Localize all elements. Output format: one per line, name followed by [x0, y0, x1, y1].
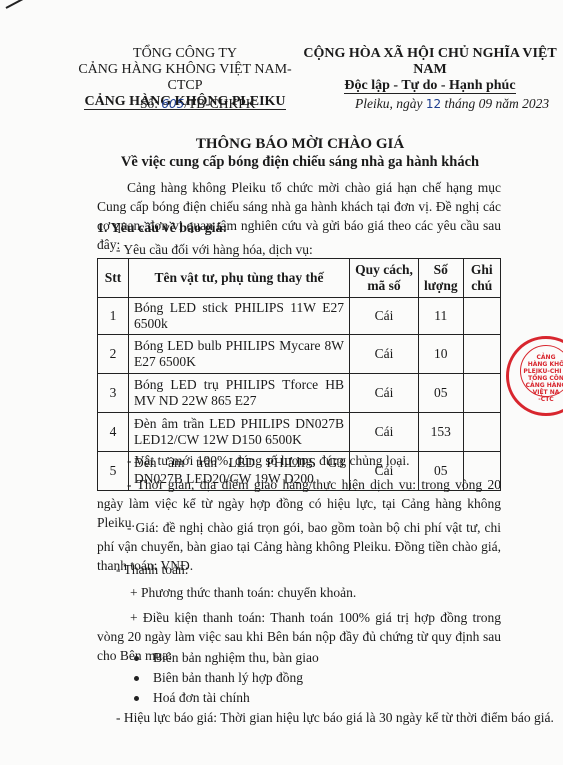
- nation-line-1: CỘNG HÒA XÃ HỘI CHỦ NGHĨA VIỆT NAM: [300, 46, 560, 78]
- requirement-new: - Vật tư mới 100%, đúng số lượng, đúng c…: [97, 451, 501, 470]
- document-title: THÔNG BÁO MỜI CHÀO GIÁ: [60, 136, 540, 153]
- row-note: [463, 374, 500, 413]
- nation-line-2: Độc lập - Tự do - Hạnh phúc: [300, 78, 560, 94]
- document-date: Pleiku, ngày 12 tháng 09 năm 2023: [355, 96, 549, 112]
- row-spec: Cái: [350, 335, 419, 374]
- row-stt: 3: [98, 374, 129, 413]
- payment-label: - Thanh toán:: [116, 562, 188, 578]
- row-spec: Cái: [350, 374, 419, 413]
- row-qty: 10: [419, 335, 464, 374]
- section-1-heading: 1. Yêu cầu về báo giá:: [97, 221, 227, 237]
- org-line-1: TỔNG CÔNG TY: [70, 46, 300, 62]
- handwritten-day: 12: [426, 97, 441, 111]
- row-name: Bóng LED bulb PHILIPS Mycare 8W E27 6500…: [129, 335, 350, 374]
- stamp-text: PLEIKU-CHI N: [521, 368, 563, 375]
- row-name: Đèn âm trần LED PHILIPS DN027B LED12/CW …: [129, 413, 350, 452]
- national-header: CỘNG HÒA XÃ HỘI CHỦ NGHĨA VIỆT NAM Độc l…: [300, 46, 560, 94]
- table-row: 4Đèn âm trần LED PHILIPS DN027B LED12/CW…: [98, 413, 501, 452]
- row-name: Bóng LED stick PHILIPS 11W E27 6500k: [129, 298, 350, 335]
- row-stt: 1: [98, 298, 129, 335]
- document-item: Hoá đơn tài chính: [134, 690, 250, 706]
- stamp-text: TỔNG CÔN: [521, 375, 563, 382]
- row-note: [463, 413, 500, 452]
- row-name: Bóng LED trụ PHILIPS Tforce HB MV ND 22W…: [129, 374, 350, 413]
- row-stt: 4: [98, 413, 129, 452]
- col-stt: Stt: [98, 259, 129, 298]
- row-qty: 11: [419, 298, 464, 335]
- stamp-text: -CTC: [521, 396, 563, 403]
- section-1-subheading: - Yêu cầu đối với hàng hóa, dịch vụ:: [116, 242, 313, 258]
- handwritten-number: 605: [161, 97, 184, 111]
- payment-method: + Phương thức thanh toán: chuyển khoản.: [130, 585, 356, 601]
- col-spec: Quy cách, mã số: [350, 259, 419, 298]
- pen-mark: [6, 0, 33, 9]
- document-number: Số: 605/TB-CHKPK: [140, 96, 256, 112]
- table-row: 1Bóng LED stick PHILIPS 11W E27 6500kCái…: [98, 298, 501, 335]
- col-note: Ghi chú: [463, 259, 500, 298]
- official-stamp: CẢNGHÀNG KHÔPLEIKU-CHI NTỔNG CÔNCẢNG HÀN…: [506, 336, 563, 416]
- row-note: [463, 335, 500, 374]
- table-row: 3Bóng LED trụ PHILIPS Tforce HB MV ND 22…: [98, 374, 501, 413]
- stamp-text: VIỆT NA: [521, 389, 563, 396]
- stamp-text: CẢNG: [521, 354, 563, 361]
- table-header-row: Stt Tên vật tư, phụ tùng thay thế Quy cá…: [98, 259, 501, 298]
- row-note: [463, 298, 500, 335]
- row-spec: Cái: [350, 413, 419, 452]
- col-qty: Số lượng: [419, 259, 464, 298]
- table-row: 2Bóng LED bulb PHILIPS Mycare 8W E27 650…: [98, 335, 501, 374]
- org-line-2: CẢNG HÀNG KHÔNG VIỆT NAM- CTCP: [70, 62, 300, 94]
- stamp-text: CẢNG HÀNG: [521, 382, 563, 389]
- row-qty: 153: [419, 413, 464, 452]
- row-qty: 05: [419, 374, 464, 413]
- stamp-text: HÀNG KHÔ: [521, 361, 563, 368]
- document-subtitle: Về việc cung cấp bóng điện chiếu sáng nh…: [60, 154, 540, 171]
- quote-validity: - Hiệu lực báo giá: Thời gian hiệu lực b…: [116, 710, 554, 726]
- document-item: Biên bản nghiệm thu, bàn giao: [134, 650, 319, 666]
- col-name: Tên vật tư, phụ tùng thay thế: [129, 259, 350, 298]
- document-item: Biên bản thanh lý hợp đồng: [134, 670, 303, 686]
- row-spec: Cái: [350, 298, 419, 335]
- row-stt: 2: [98, 335, 129, 374]
